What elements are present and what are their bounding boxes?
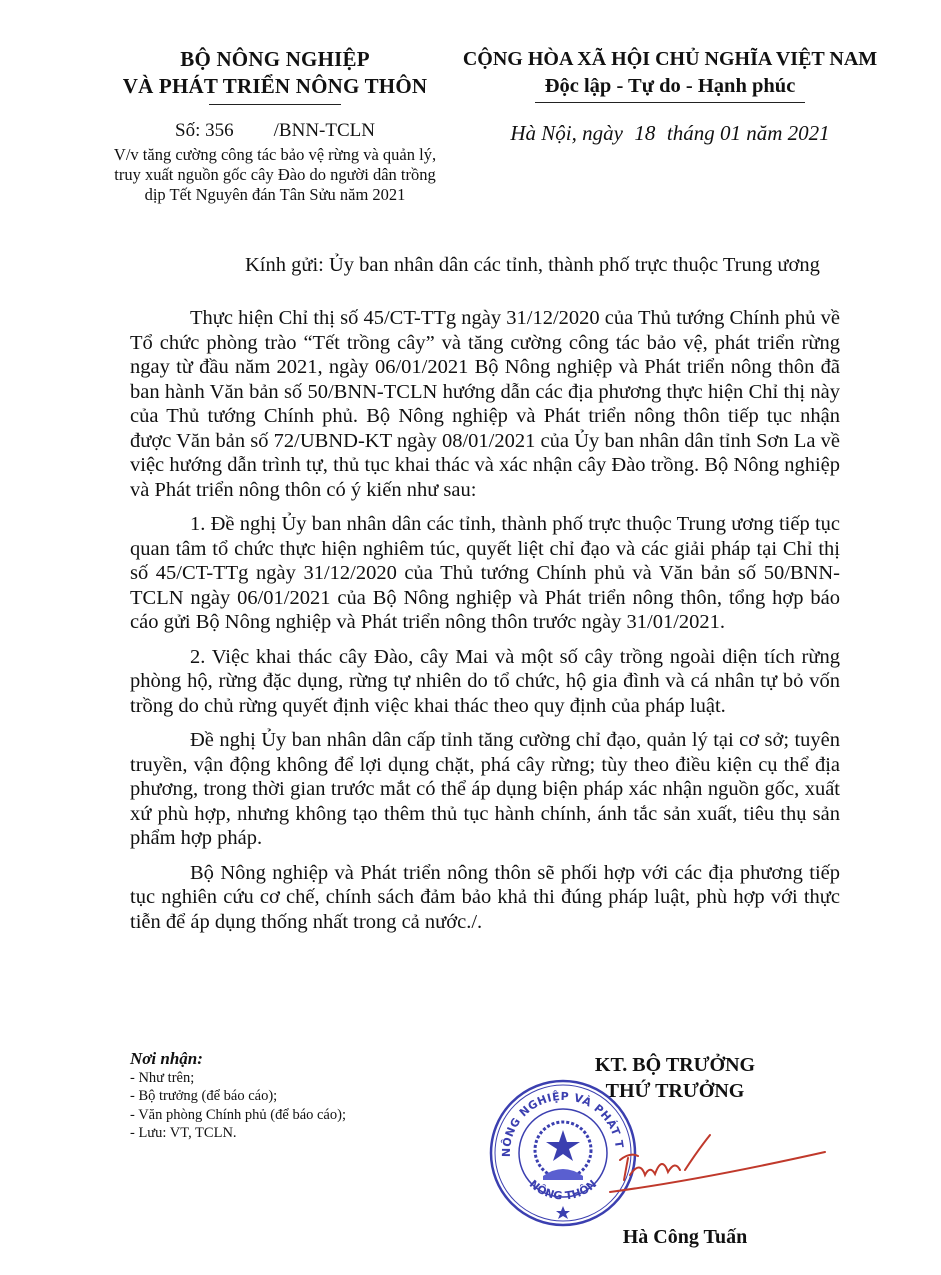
- body-paragraph: 1. Đề nghị Ủy ban nhân dân các tỉnh, thà…: [130, 512, 840, 635]
- document-number: Số: 356/BNN-TCLN: [100, 119, 450, 143]
- recipient-item: - Như trên;: [130, 1069, 450, 1088]
- body-paragraph: Thực hiện Chỉ thị số 45/CT-TTg ngày 31/1…: [130, 306, 840, 502]
- recipient-item: - Văn phòng Chính phủ (để báo cáo);: [130, 1106, 450, 1125]
- document-number-suffix: /BNN-TCLN: [274, 120, 375, 141]
- recipient-item: - Lưu: VT, TCLN.: [130, 1124, 450, 1143]
- signer-name: Hà Công Tuấn: [560, 1226, 810, 1249]
- national-title: CỘNG HÒA XÃ HỘI CHỦ NGHĨA VIỆT NAM: [440, 46, 900, 73]
- addressee: Kính gửi: Ủy ban nhân dân các tỉnh, thàn…: [245, 254, 820, 277]
- document-number-prefix: Số: 356: [175, 120, 234, 141]
- handwritten-signature-icon: [600, 1130, 830, 1210]
- recipient-item: - Bộ trưởng (để báo cáo);: [130, 1087, 450, 1106]
- motto-underline: [535, 102, 805, 103]
- document-date: Hà Nội, ngày18tháng 01 năm 2021: [440, 121, 900, 146]
- signature-title-line1: KT. BỘ TRƯỞNG: [560, 1052, 790, 1078]
- document-body: Thực hiện Chỉ thị số 45/CT-TTg ngày 31/1…: [130, 306, 840, 944]
- national-header-block: CỘNG HÒA XÃ HỘI CHỦ NGHĨA VIỆT NAM Độc l…: [440, 46, 900, 146]
- agency-underline: [209, 104, 341, 105]
- body-paragraph: 2. Việc khai thác cây Đào, cây Mai và mộ…: [130, 645, 840, 719]
- date-suffix: tháng 01 năm 2021: [667, 121, 830, 145]
- recipients-title: Nơi nhận:: [130, 1050, 450, 1069]
- date-prefix: Hà Nội, ngày: [510, 121, 623, 145]
- agency-name-line1: BỘ NÔNG NGHIỆP: [100, 46, 450, 73]
- body-paragraph: Bộ Nông nghiệp và Phát triển nông thôn s…: [130, 861, 840, 935]
- date-day: 18: [623, 121, 667, 146]
- issuing-agency-block: BỘ NÔNG NGHIỆP VÀ PHÁT TRIỂN NÔNG THÔN S…: [100, 46, 450, 205]
- body-paragraph: Đề nghị Ủy ban nhân dân cấp tỉnh tăng cư…: [130, 728, 840, 851]
- agency-name-line2: VÀ PHÁT TRIỂN NÔNG THÔN: [100, 73, 450, 100]
- national-motto: Độc lập - Tự do - Hạnh phúc: [440, 73, 900, 100]
- recipients-block: Nơi nhận: - Như trên; - Bộ trưởng (để bá…: [130, 1050, 450, 1143]
- svg-text:NÔNG THÔN: NÔNG THÔN: [527, 1177, 599, 1202]
- document-subject: V/v tăng cường công tác bảo vệ rừng và q…: [100, 145, 450, 205]
